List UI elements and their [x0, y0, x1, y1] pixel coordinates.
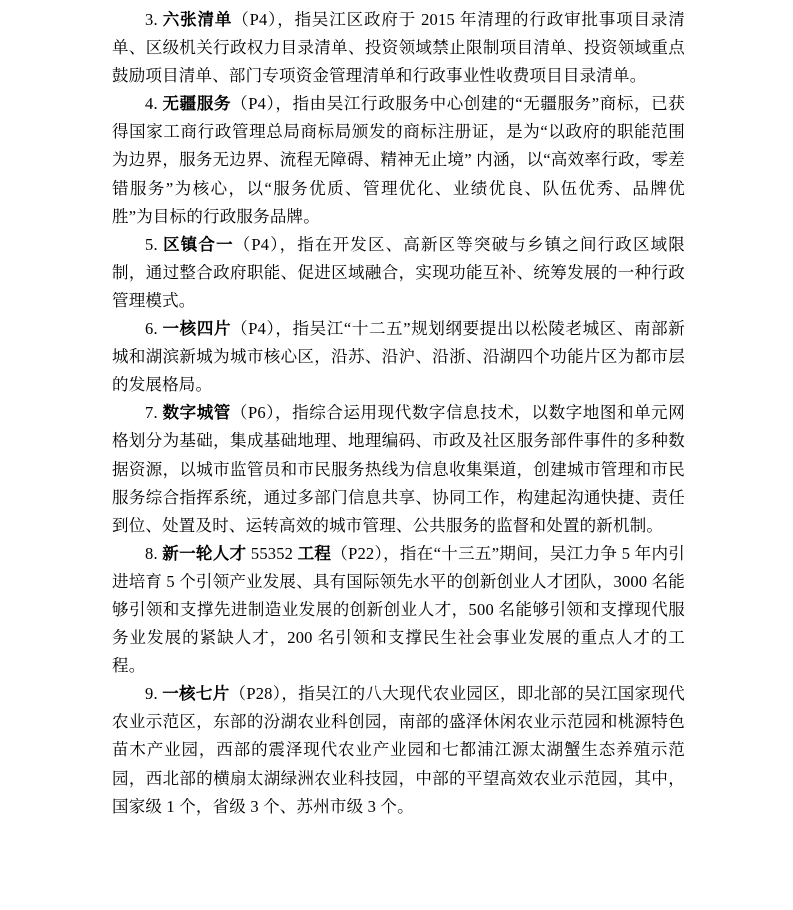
body-text: （P4），指由吴江行政服务中心创建的“无疆服务”商标，已获得国家工商行政管理总局…	[112, 94, 685, 225]
term-bold-text: 六张清单	[163, 10, 232, 29]
term-bold-text: 一核七片	[162, 684, 229, 703]
paragraph: 5. 区镇合一（P4），指在开发区、高新区等突破与乡镇之间行政区域限制，通过整合…	[112, 231, 685, 315]
paragraph: 6. 一核四片（P4），指吴江“十二五”规划纲要提出以松陵老城区、南部新城和湖滨…	[112, 315, 685, 399]
body-text: （P6），指综合运用现代数字信息技术，以数字地图和单元网格划分为基础，集成基础地…	[112, 403, 685, 534]
term-bold-text: 数字城管	[163, 403, 231, 422]
paragraph: 7. 数字城管（P6），指综合运用现代数字信息技术，以数字地图和单元网格划分为基…	[112, 399, 685, 539]
body-text: 9.	[145, 684, 162, 703]
body-text: 5.	[145, 235, 163, 254]
term-bold-text: 区镇合一	[163, 235, 234, 254]
body-text: 4.	[145, 94, 163, 113]
document-page: 3. 六张清单（P4），指吴江区政府于 2015 年清理的行政审批事项目录清单、…	[0, 0, 793, 910]
paragraph: 9. 一核七片（P28），指吴江的八大现代农业园区，即北部的吴江国家现代农业示范…	[112, 680, 685, 820]
body-text: 3.	[145, 10, 163, 29]
body-text: 6.	[145, 319, 163, 338]
body-text: （P28），指吴江的八大现代农业园区，即北部的吴江国家现代农业示范区，东部的汾湖…	[112, 684, 685, 815]
term-bold-text: 工程	[298, 544, 332, 563]
paragraph: 3. 六张清单（P4），指吴江区政府于 2015 年清理的行政审批事项目录清单、…	[112, 6, 685, 90]
term-bold-text: 新一轮人才	[162, 544, 246, 563]
body-text: 8.	[145, 544, 162, 563]
paragraph: 4. 无疆服务（P4），指由吴江行政服务中心创建的“无疆服务”商标，已获得国家工…	[112, 90, 685, 230]
body-text: 7.	[145, 403, 163, 422]
body-text: 55352	[246, 544, 297, 563]
body-text: （P22），指在“十三五”期间，吴江力争 5 年内引进培育 5 个引领产业发展、…	[112, 544, 685, 675]
paragraph: 8. 新一轮人才 55352 工程（P22），指在“十三五”期间，吴江力争 5 …	[112, 540, 685, 680]
document-body: 3. 六张清单（P4），指吴江区政府于 2015 年清理的行政审批事项目录清单、…	[0, 0, 793, 910]
term-bold-text: 无疆服务	[163, 94, 232, 113]
term-bold-text: 一核四片	[163, 319, 232, 338]
